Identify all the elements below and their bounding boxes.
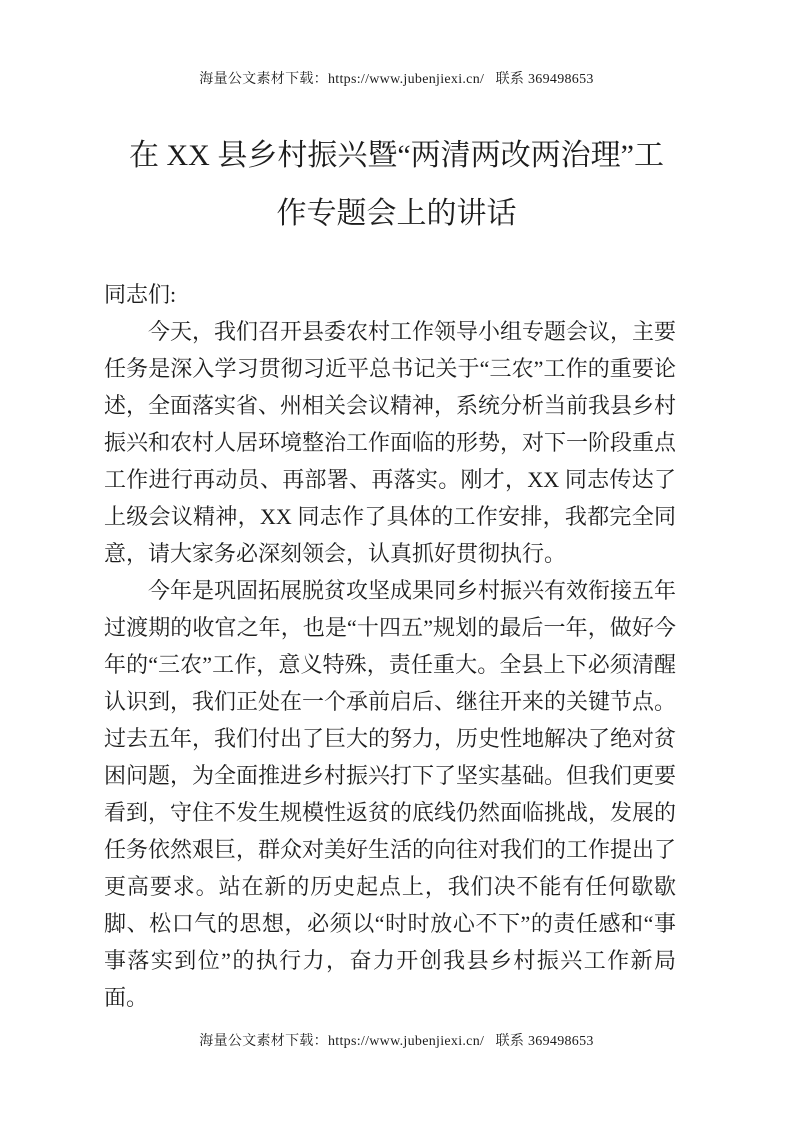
body-paragraph-1: 今天，我们召开县委农村工作领导小组专题会议，主要任务是深入学习贯彻习近平总书记关… bbox=[104, 313, 676, 572]
document-title: 在 XX 县乡村振兴暨“两清两改两治理”工作专题会上的讲话 bbox=[0, 127, 793, 243]
body-paragraph-2: 今年是巩固拓展脱贫攻坚成果同乡村振兴有效衔接五年过渡期的收官之年，也是“十四五”… bbox=[104, 572, 676, 1016]
footer-watermark: 海量公文素材下载：https://www.jubenjiexi.cn/ 联系 3… bbox=[0, 1032, 793, 1052]
document-title-line-1: 在 XX 县乡村振兴暨“两清两改两治理”工 bbox=[129, 139, 664, 172]
document-title-line-2: 作专题会上的讲话 bbox=[277, 197, 517, 230]
document-page: 海量公文素材下载：https://www.jubenjiexi.cn/ 联系 3… bbox=[0, 0, 793, 1122]
header-watermark: 海量公文素材下载：https://www.jubenjiexi.cn/ 联系 3… bbox=[0, 70, 793, 90]
document-body: 同志们: 今天，我们召开县委农村工作领导小组专题会议，主要任务是深入学习贯彻习近… bbox=[104, 276, 676, 1016]
salutation: 同志们: bbox=[104, 276, 676, 313]
